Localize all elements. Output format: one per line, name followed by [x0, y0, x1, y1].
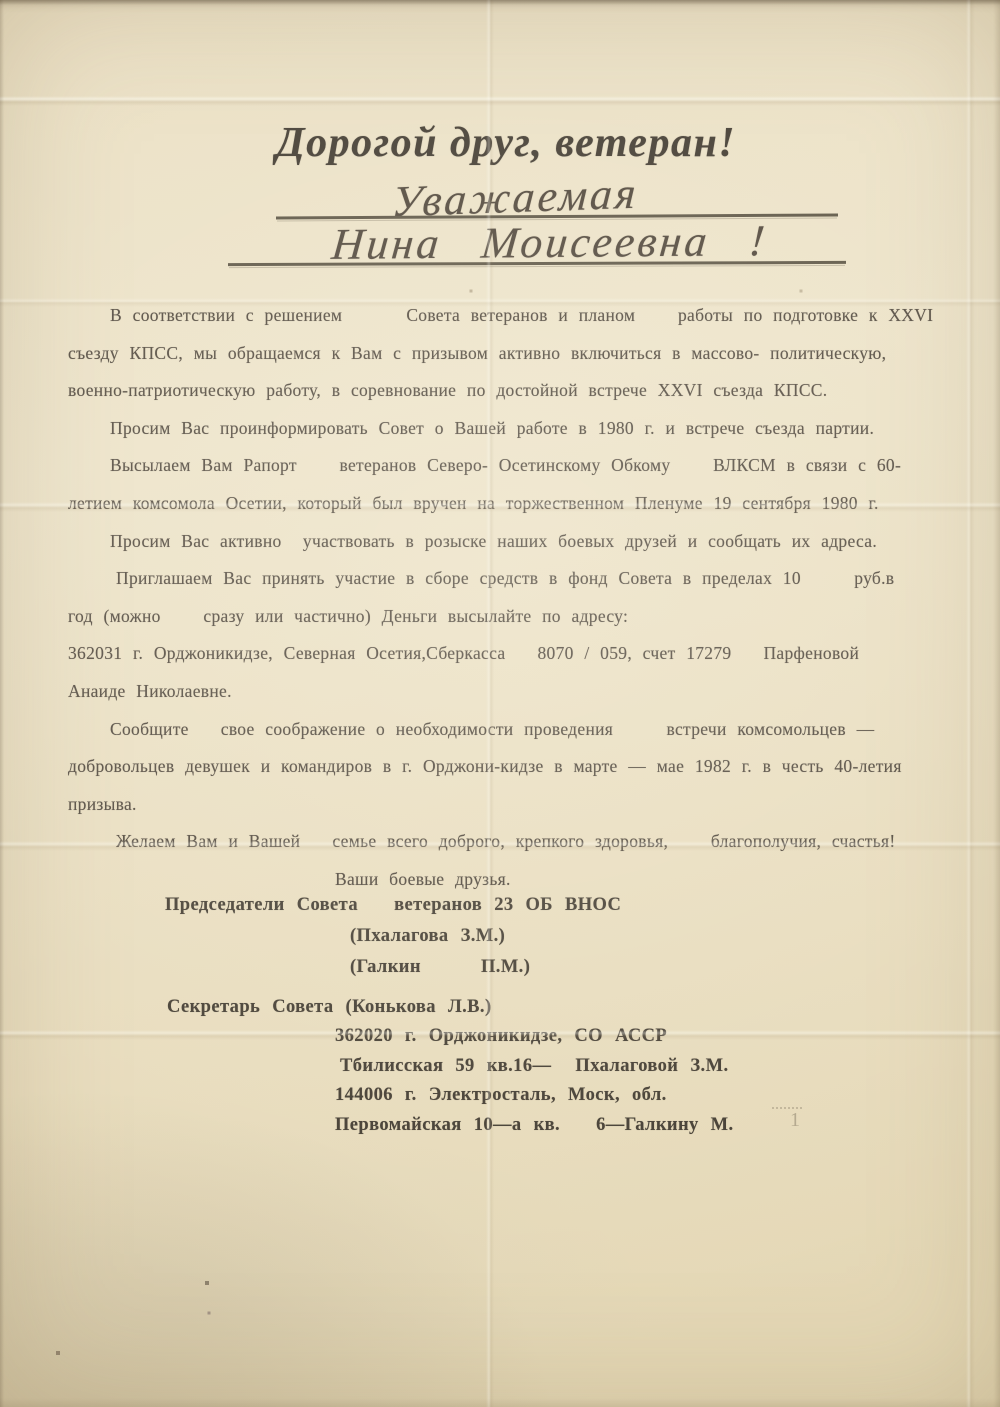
signature-block: Председатели Совета ветеранов 23 ОБ ВНОС… — [68, 890, 940, 1023]
body-line: год (можно сразу или частично) Деньги вы… — [68, 598, 940, 636]
body-line: Просим Вас активно участвовать в розыске… — [68, 523, 940, 561]
body-line: призыва. — [68, 786, 940, 824]
body-line: военно-патриотическую работу, в соревнов… — [68, 372, 940, 410]
document-page: Дорогой друг, ветеран! Уважаемая Нина Мо… — [0, 0, 1000, 1407]
document-title: Дорогой друг, ветеран! — [6, 119, 1000, 167]
address-line: Тбилисская 59 кв.16— Пхалаговой З.М. — [68, 1052, 940, 1082]
body-line: Сообщите свое соображение о необходимост… — [68, 711, 940, 749]
signature-chairmen-title: Председатели Совета ветеранов 23 ОБ ВНОС — [68, 890, 940, 921]
body-line: Анаиде Николаевне. — [68, 673, 940, 711]
salutation-handwriting-line2: Нина Моисеевна ! — [330, 219, 769, 267]
body-line: Просим Вас проинформировать Совет о Ваше… — [68, 410, 940, 448]
body-line: Приглашаем Вас принять участие в сборе с… — [68, 560, 940, 598]
body-line: съезду КПСС, мы обращаемся к Вам с призы… — [68, 335, 940, 373]
address-line: 362020 г. Орджоникидзе, СО АССР — [68, 1022, 940, 1052]
address-line: Первомайская 10—а кв. 6—Галкину М. — [68, 1111, 940, 1141]
faint-stamp-mark: 1 — [772, 1107, 802, 1131]
body-line: 362031 г. Орджоникидзе, Северная Осетия,… — [68, 635, 940, 673]
paper-specks — [0, 0, 2, 2]
address-block: 362020 г. Орджоникидзе, СО АССР Тбилисск… — [68, 1022, 940, 1140]
body-line: В соответствии с решением Совета ветеран… — [68, 297, 940, 335]
letter-body: В соответствии с решением Совета ветеран… — [68, 297, 940, 899]
body-line: добровольцев девушек и командиров в г. О… — [68, 748, 940, 786]
signature-chairman-1: (Пхалагова З.М.) — [68, 921, 940, 952]
address-line: 144006 г. Электросталь, Моск, обл. — [68, 1081, 940, 1111]
body-line: Желаем Вам и Вашей семье всего доброго, … — [68, 823, 940, 861]
signature-chairman-2: (Галкин П.М.) — [68, 952, 940, 983]
body-line: Высылаем Вам Рапорт ветеранов Северо- Ос… — [68, 447, 940, 485]
body-line: летием комсомола Осетии, который был вру… — [68, 485, 940, 523]
signature-secretary: Секретарь Совета (Конькова Л.В.) — [68, 992, 940, 1023]
